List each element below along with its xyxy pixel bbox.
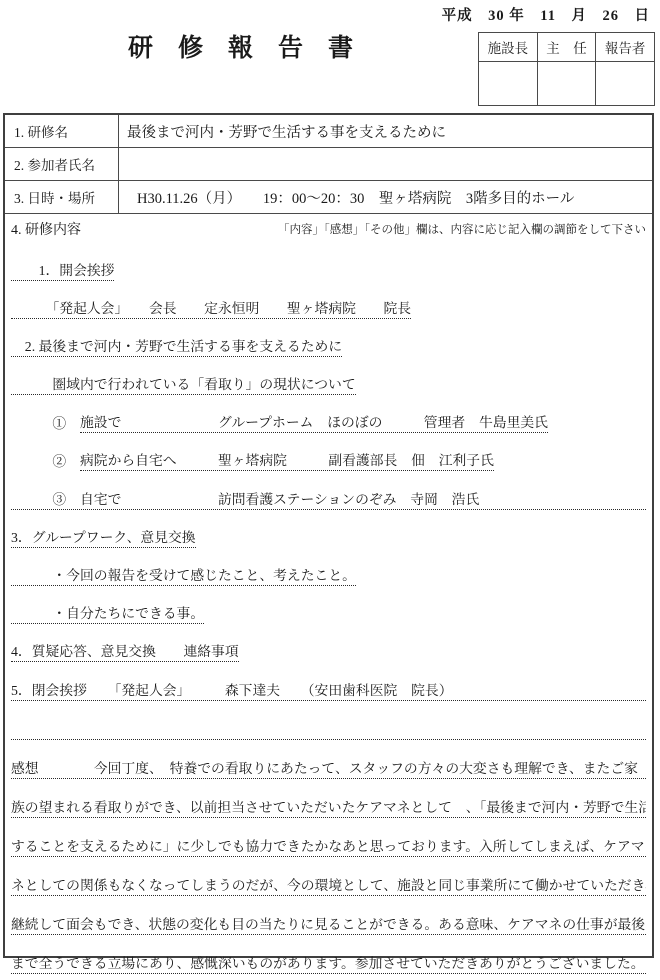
info-row-training-name: 1. 研修名 最後まで河内・芳野で生活する事を支えるために bbox=[5, 115, 652, 148]
signature-table-header-row: 施設長 主 任 報告者 bbox=[479, 33, 655, 62]
signature-col-reporter: 報告者 bbox=[596, 33, 655, 62]
signature-table-value-row bbox=[479, 62, 655, 106]
signature-cell-facility-director bbox=[479, 62, 538, 106]
content-line: ネとしての関係もなくなってしまうのだが、今の環境として、施設と同じ事業所にて働か… bbox=[11, 857, 646, 896]
report-body-box: 1. 研修名 最後まで河内・芳野で生活する事を支えるために 2. 参加者氏名 3… bbox=[3, 113, 654, 958]
content-line: 5．閉会挨拶 「発起人会」 森下達夫 （安田歯科医院 院長） bbox=[11, 662, 646, 701]
content-header: 4. 研修内容 「内容」「感想」「その他」欄は、内容に応じ記入欄の調節をして下さ… bbox=[11, 219, 646, 243]
content-line: 2. 最後まで河内・芳野で生活する事を支えるために bbox=[11, 319, 646, 357]
content-line: 1．開会挨拶 bbox=[11, 243, 646, 281]
training-content-section: 4. 研修内容 「内容」「感想」「その他」欄は、内容に応じ記入欄の調節をして下さ… bbox=[5, 214, 652, 974]
training-report-page: { "header": { "date_line": "平成 30 年 11 月… bbox=[0, 0, 660, 980]
content-line: 族の望まれる看取りができ、以前担当させていただいたケアマネとして 、「最後まで河… bbox=[11, 779, 646, 818]
content-line: 継続して面会もでき、状態の変化も目の当たりに見ることができる。ある意味、ケアマネ… bbox=[11, 896, 646, 935]
content-lines: 1．開会挨拶 「発起人会」 会長 定永恒明 聖ヶ塔病院 院長 2. 最後まで河内… bbox=[11, 243, 646, 974]
info-row-participants: 2. 参加者氏名 bbox=[5, 148, 652, 181]
content-line: 感想 今回丁度、 特養での看取りにあたって、スタッフの方々の大変さも理解でき、ま… bbox=[11, 740, 646, 779]
signature-col-chief: 主 任 bbox=[537, 33, 596, 62]
content-line: まで全うできる立場にあり、感慨深いものがあります。参加させていただきありがとうご… bbox=[11, 935, 646, 974]
info-label-training-name: 1. 研修名 bbox=[5, 115, 119, 147]
content-line: 「発起人会」 会長 定永恒明 聖ヶ塔病院 院長 bbox=[11, 281, 646, 319]
content-line: ・今回の報告を受けて感じたこと、考えたこと。 bbox=[11, 548, 646, 586]
info-label-datetime-place: 3. 日時・場所 bbox=[5, 181, 119, 213]
content-line: ① 施設で グループホーム ほのぼの 管理者 牛島里美氏 bbox=[11, 395, 646, 433]
content-section-label: 4. 研修内容 bbox=[11, 219, 81, 239]
content-line: 3．グループワーク、意見交換 bbox=[11, 510, 646, 548]
content-line: ・自分たちにできる事。 bbox=[11, 586, 646, 624]
info-label-participants: 2. 参加者氏名 bbox=[5, 148, 119, 180]
content-line: 圏域内で行われている「看取り」の現状について bbox=[11, 357, 646, 395]
page-title: 研 修 報 告 書 bbox=[128, 28, 353, 64]
signature-cell-chief bbox=[537, 62, 596, 106]
signature-col-facility-director: 施設長 bbox=[479, 33, 538, 62]
content-line: ② 病院から自宅へ 聖ヶ塔病院 副看護部長 佃 江利子氏 bbox=[11, 433, 646, 471]
info-value-participants bbox=[119, 148, 652, 180]
content-line bbox=[11, 701, 646, 740]
content-adjust-note: 「内容」「感想」「その他」欄は、内容に応じ記入欄の調節をして下さい bbox=[278, 219, 646, 237]
content-line: ③ 自宅で 訪問看護ステーションのぞみ 寺岡 浩氏 bbox=[11, 471, 646, 510]
info-row-datetime-place: 3. 日時・場所 H30.11.26（月） 19：00～20：30 聖ヶ塔病院 … bbox=[5, 181, 652, 214]
signature-table: 施設長 主 任 報告者 bbox=[478, 32, 655, 106]
signature-cell-reporter bbox=[596, 62, 655, 106]
content-line: 4．質疑応答、意見交換 連絡事項 bbox=[11, 624, 646, 662]
content-line: することを支えるために」に少しでも協力できたかなあと思っております。入所してしま… bbox=[11, 818, 646, 857]
info-value-datetime-place: H30.11.26（月） 19：00～20：30 聖ヶ塔病院 3階多目的ホール bbox=[119, 181, 652, 213]
date-line: 平成 30 年 11 月 26 日 bbox=[442, 4, 650, 25]
info-value-training-name: 最後まで河内・芳野で生活する事を支えるために bbox=[119, 115, 652, 147]
